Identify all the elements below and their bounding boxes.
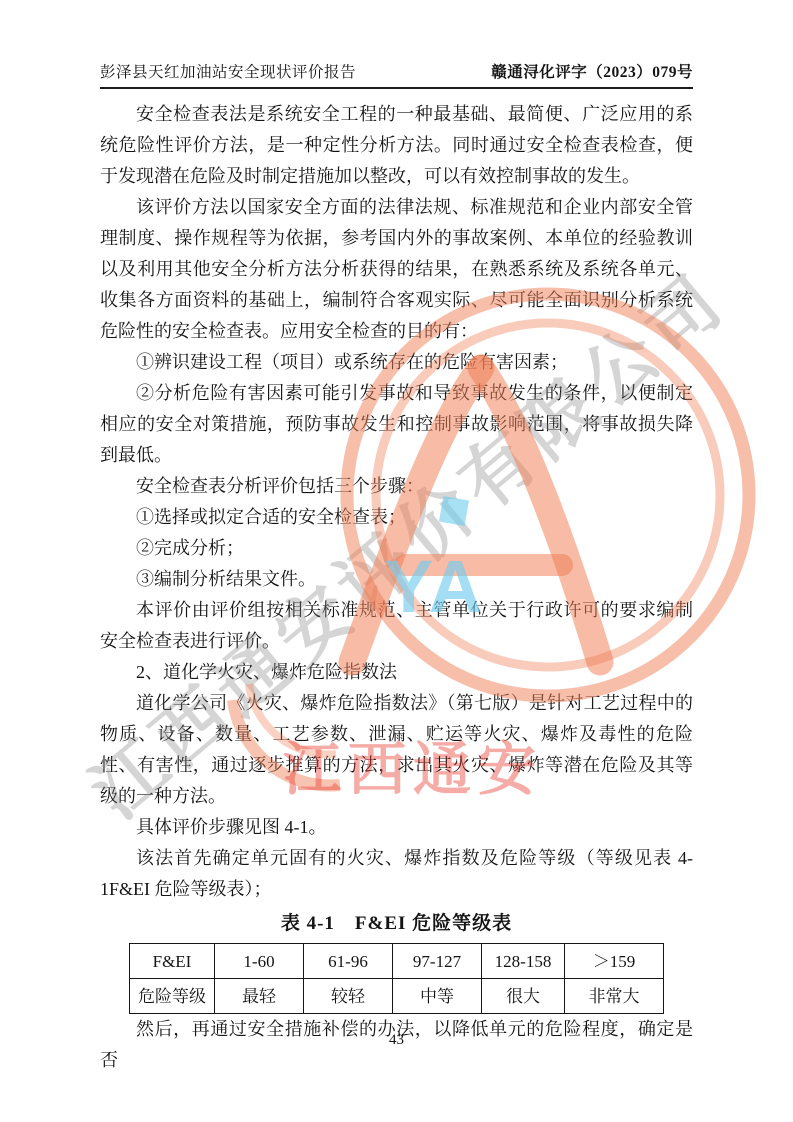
table-cell: F&EI: [130, 944, 215, 979]
paragraph: ②完成分析；: [100, 533, 693, 564]
table-title: 表 4-1 F&EI 危险等级表: [100, 908, 693, 939]
table-cell: 最轻: [215, 979, 304, 1014]
document-body: 安全检查表法是系统安全工程的一种最基础、最简便、广泛应用的系统危险性评价方法，是…: [100, 99, 693, 1076]
table-cell: 61-96: [304, 944, 393, 979]
table-cell: ＞159: [565, 944, 664, 979]
table-row: F&EI 1-60 61-96 97-127 128-158 ＞159: [130, 944, 664, 979]
paragraph: 具体评价步骤见图 4-1。: [100, 812, 693, 843]
table-cell: 128-158: [482, 944, 565, 979]
table-cell: 危险等级: [130, 979, 215, 1014]
page-header: 彭泽县天红加油站安全现状评价报告 赣通浔化评字（2023）079号: [100, 60, 693, 89]
paragraph: ①辨识建设工程（项目）或系统存在的危险有害因素；: [100, 347, 693, 378]
paragraph: ①选择或拟定合适的安全检查表；: [100, 502, 693, 533]
paragraph: 安全检查表分析评价包括三个步骤：: [100, 471, 693, 502]
page-number: 43: [0, 1032, 793, 1049]
header-document-number: 赣通浔化评字（2023）079号: [491, 60, 693, 82]
table-row: 危险等级 最轻 较轻 中等 很大 非常大: [130, 979, 664, 1014]
table-cell: 97-127: [393, 944, 482, 979]
paragraph: 安全检查表法是系统安全工程的一种最基础、最简便、广泛应用的系统危险性评价方法，是…: [100, 99, 693, 192]
paragraph: ②分析危险有害因素可能引发事故和导致事故发生的条件，以便制定相应的安全对策措施，…: [100, 378, 693, 471]
table-cell: 很大: [482, 979, 565, 1014]
table-cell: 1-60: [215, 944, 304, 979]
paragraph: 本评价由评价组按相关标准规范、主管单位关于行政许可的要求编制安全检查表进行评价。: [100, 595, 693, 657]
header-report-title: 彭泽县天红加油站安全现状评价报告: [100, 60, 356, 82]
paragraph: 该法首先确定单元固有的火灾、爆炸指数及危险等级（等级见表 4-1F&EI 危险等…: [100, 843, 693, 905]
table-cell: 非常大: [565, 979, 664, 1014]
table-cell: 中等: [393, 979, 482, 1014]
paragraph: ③编制分析结果文件。: [100, 564, 693, 595]
document-page: 彭泽县天红加油站安全现状评价报告 赣通浔化评字（2023）079号 安全检查表法…: [0, 0, 793, 1122]
paragraph: 该评价方法以国家安全方面的法律法规、标准规范和企业内部安全管理制度、操作规程等为…: [100, 192, 693, 347]
section-heading: 2、道化学火灾、爆炸危险指数法: [100, 657, 693, 688]
fei-risk-grade-table: F&EI 1-60 61-96 97-127 128-158 ＞159 危险等级…: [129, 943, 664, 1014]
table-cell: 较轻: [304, 979, 393, 1014]
paragraph: 道化学公司《火灾、爆炸危险指数法》（第七版）是针对工艺过程中的物质、设备、数量、…: [100, 688, 693, 812]
